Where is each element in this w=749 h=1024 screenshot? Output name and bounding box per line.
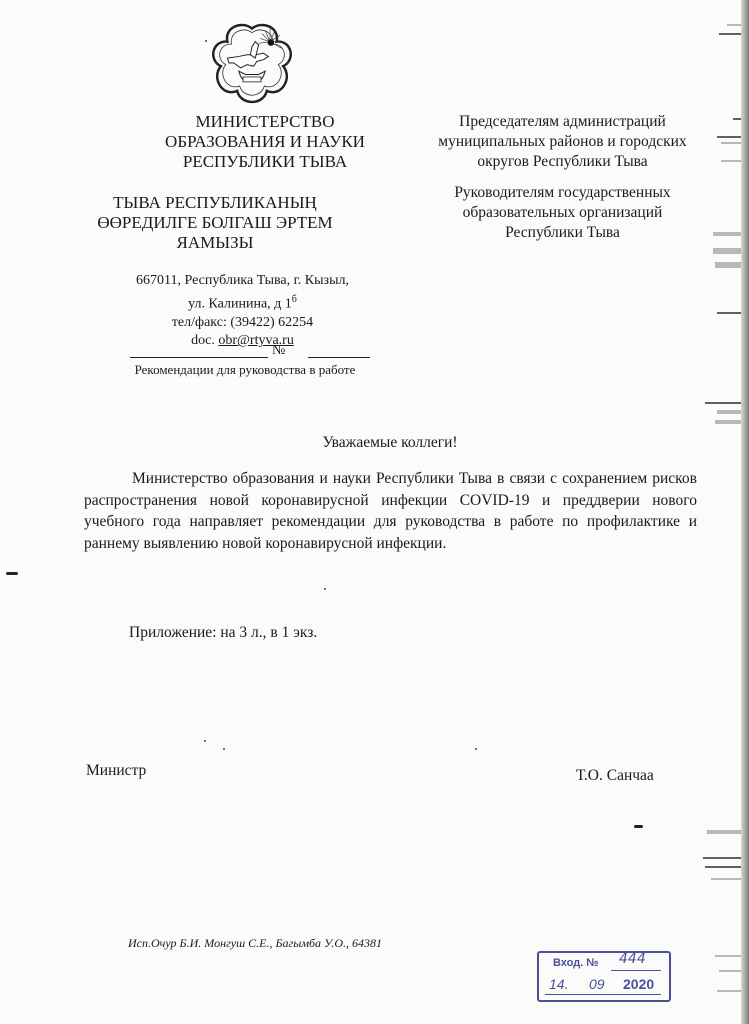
recipient-line: образовательных организаций	[395, 203, 730, 223]
ministry-line: ОБРАЗОВАНИЯ И НАУКИ	[140, 132, 390, 152]
signatory-name: Т.О. Санчаа	[576, 767, 654, 785]
document-page: МИНИСТЕРСТВО ОБРАЗОВАНИЯ И НАУКИ РЕСПУБЛ…	[0, 0, 749, 1024]
scan-margin-mark	[6, 572, 18, 575]
ministry-line: ТЫВА РЕСПУБЛИКАНЫҢ	[65, 193, 365, 213]
number-sign: №	[272, 343, 285, 359]
scan-speck	[634, 825, 643, 828]
signatory-title: Министр	[86, 762, 146, 780]
address-line: 667011, Республика Тыва, г. Кызыл,	[110, 272, 375, 291]
document-number-line: №	[130, 343, 370, 359]
scan-edge-shadow	[741, 0, 749, 1024]
ministry-line: РЕСПУБЛИКИ ТЫВА	[140, 152, 390, 172]
stamp-day: 14.	[549, 976, 568, 992]
attachment-note: Приложение: на 3 л., в 1 экз.	[129, 624, 317, 642]
stamp-month: 09	[589, 976, 605, 992]
sender-address: 667011, Республика Тыва, г. Кызыл, ул. К…	[110, 272, 375, 351]
greeting: Уважаемые коллеги!	[80, 434, 700, 452]
letter-body: Министерство образования и науки Республ…	[84, 468, 697, 554]
phone-fax: тел/факс: (39422) 62254	[110, 314, 375, 333]
executor-note: Исп.Очур Б.И. Монгуш С.Е., Багымба У.О.,…	[128, 936, 382, 951]
stamp-year: 2020	[623, 976, 654, 992]
date-blank	[130, 357, 268, 358]
body-paragraph: Министерство образования и науки Республ…	[84, 468, 697, 554]
ministry-line: МИНИСТЕРСТВО	[140, 112, 390, 132]
building-suffix: б	[292, 294, 297, 305]
incoming-stamp: Вход. № 444 14. 09 2020	[537, 951, 671, 1002]
address-line: ул. Калинина, д 1б	[110, 291, 375, 314]
number-blank	[308, 357, 370, 358]
recipient-line: Руководителям государственных	[395, 183, 730, 203]
recipient-line: муниципальных районов и городских	[395, 132, 730, 152]
recipient-line: Председателям администраций	[395, 112, 730, 132]
ministry-name-ru: МИНИСТЕРСТВО ОБРАЗОВАНИЯ И НАУКИ РЕСПУБЛ…	[140, 112, 390, 172]
recipient-line: Республики Тыва	[395, 223, 730, 243]
recipient-line: округов Республики Тыва	[395, 152, 730, 172]
stamp-number: 444	[619, 951, 646, 967]
recipients-block: Председателям администраций муниципальны…	[395, 112, 730, 243]
stamp-label: Вход. №	[553, 957, 599, 969]
tyva-coat-of-arms-icon	[210, 22, 294, 104]
letter-subject: Рекомендации для руководства в работе	[110, 362, 380, 378]
ministry-line: ЯАМЫЗЫ	[65, 233, 365, 253]
ministry-name-tyv: ТЫВА РЕСПУБЛИКАНЫҢ ӨӨРЕДИЛГЕ БОЛГАШ ЭРТЕ…	[65, 193, 365, 253]
ministry-line: ӨӨРЕДИЛГЕ БОЛГАШ ЭРТЕМ	[65, 213, 365, 233]
